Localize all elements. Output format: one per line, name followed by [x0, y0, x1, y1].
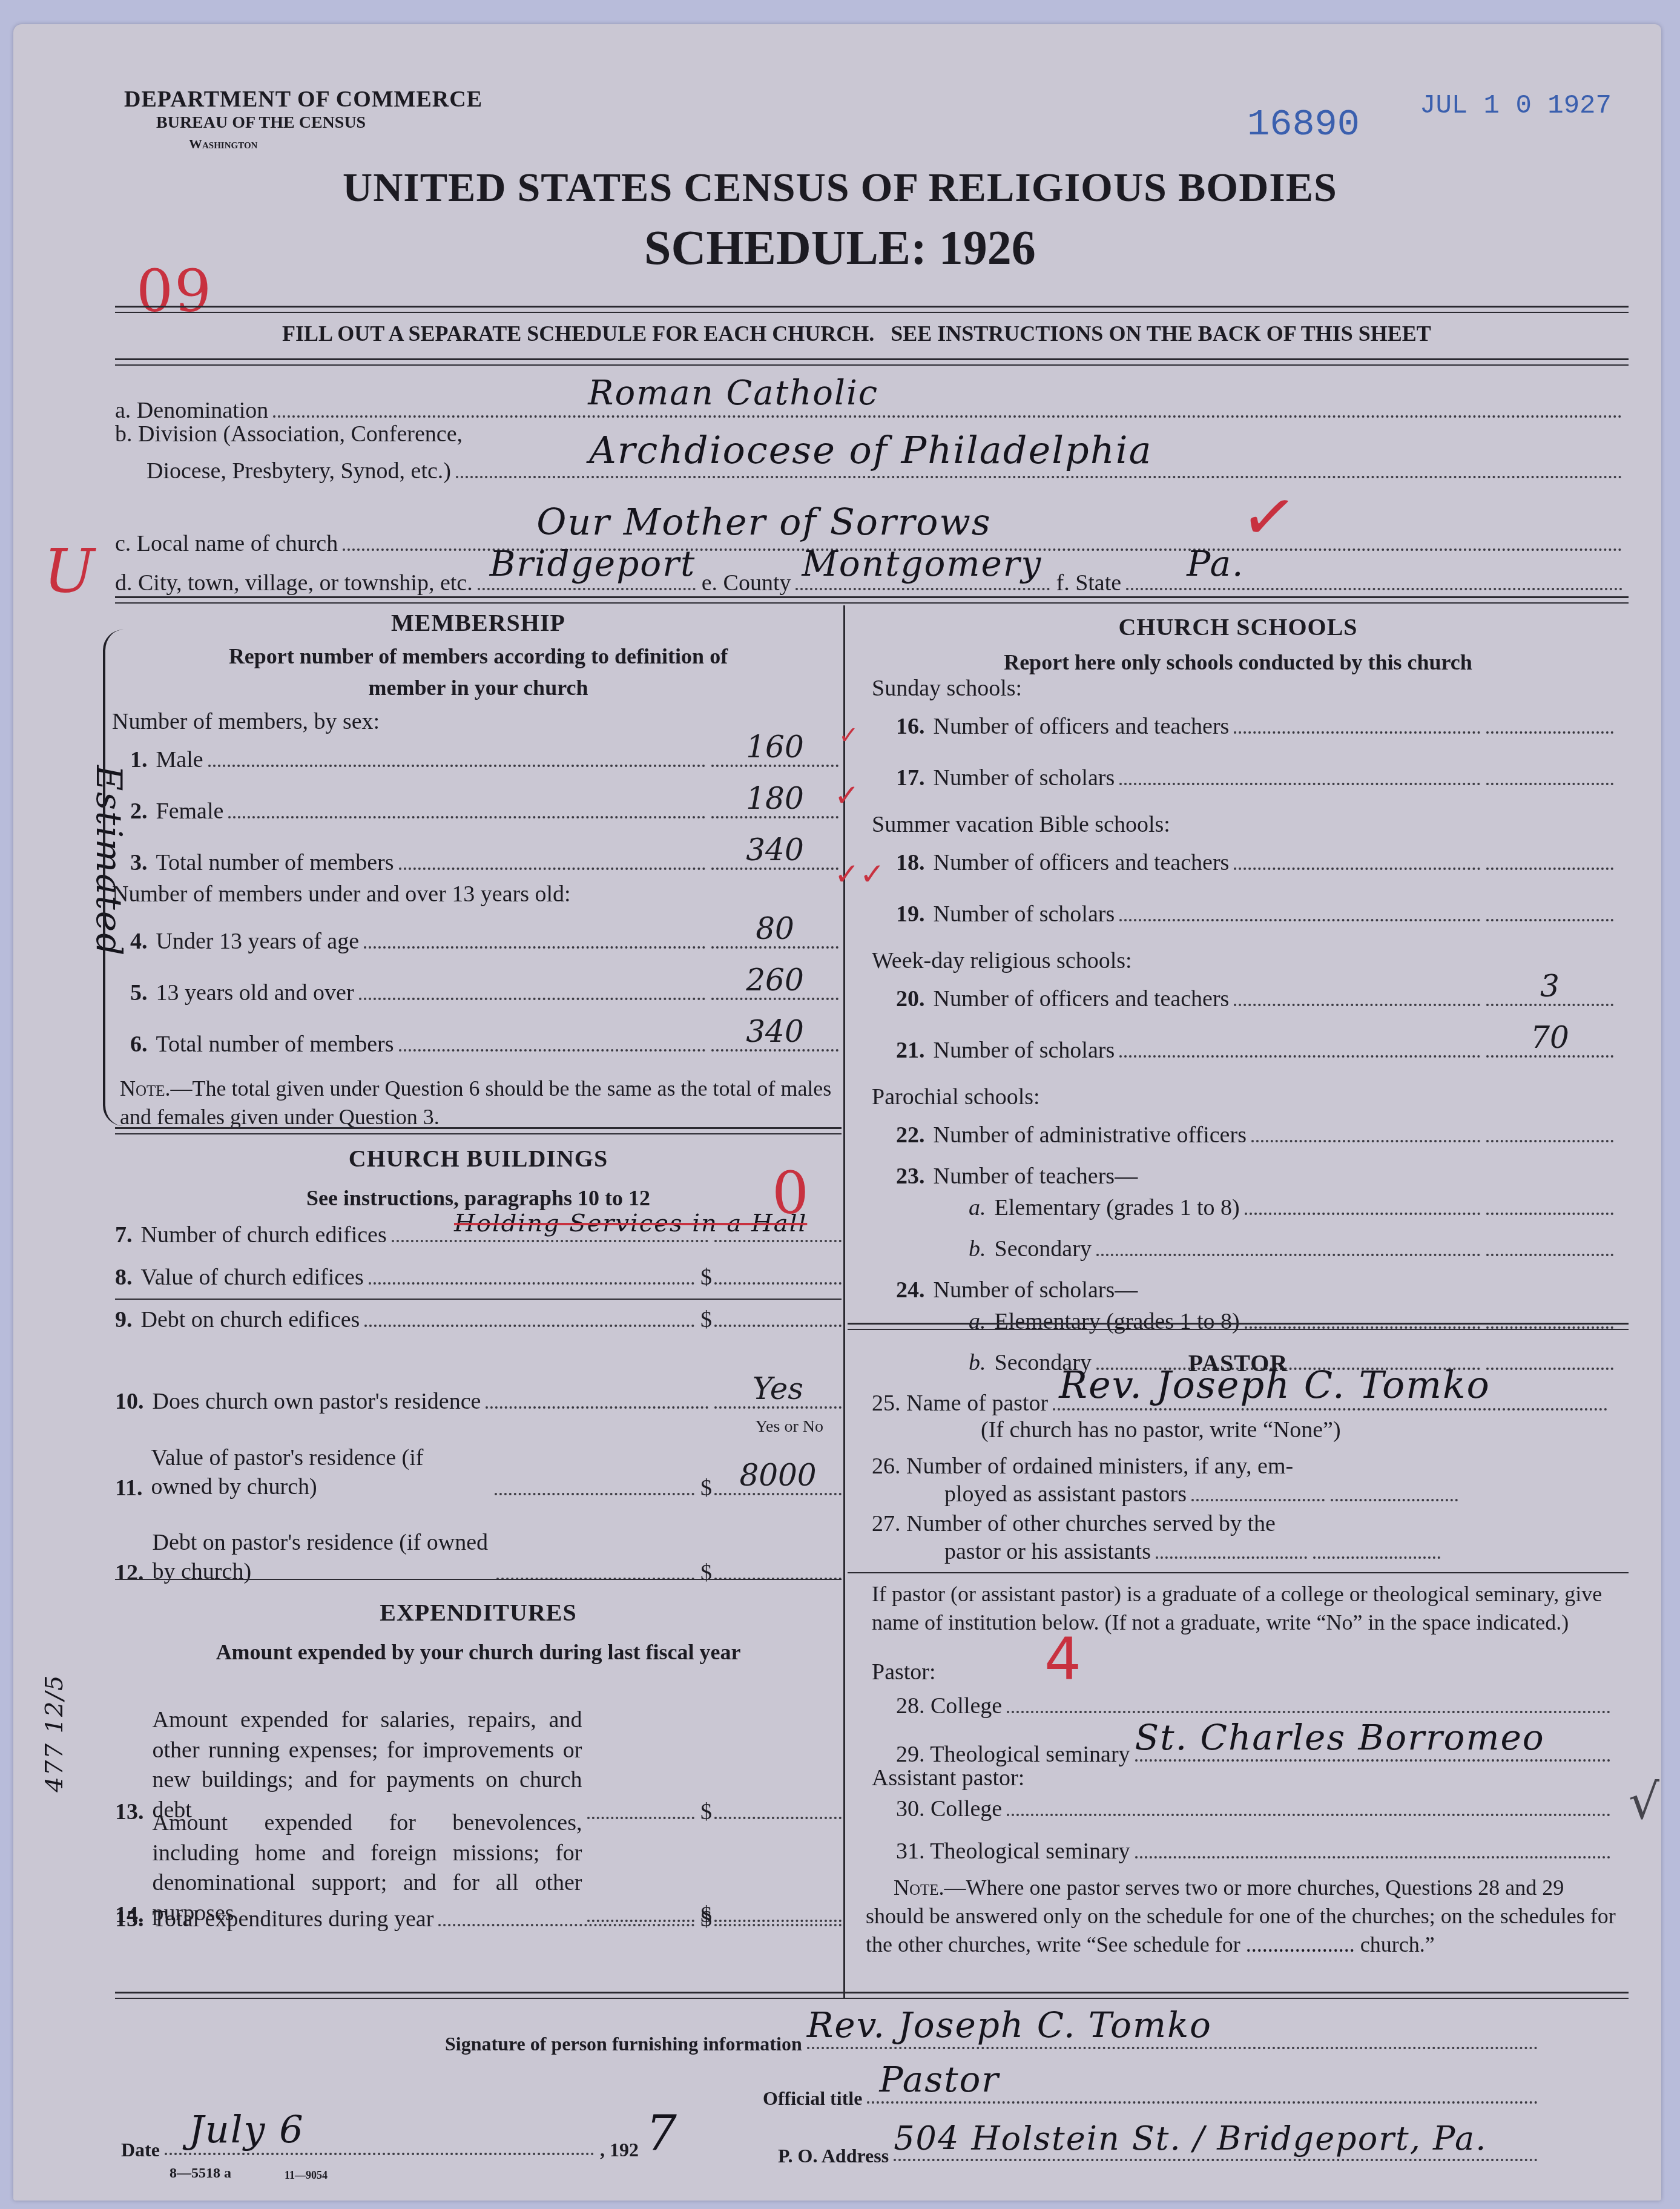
- school-item-18-number: 18.: [896, 849, 925, 876]
- school-item-b-answer[interactable]: [1486, 1223, 1613, 1256]
- city-label: d. City, town, village, or township, etc…: [115, 570, 473, 596]
- county-label: e. County: [702, 570, 791, 596]
- school-item-b[interactable]: b.Secondary: [969, 1231, 1613, 1262]
- membership-note: Note.—The total given under Question 6 s…: [120, 1075, 843, 1131]
- schools-group-heading: Summer vacation Bible schools:: [872, 811, 1170, 838]
- building-q8-currency: $: [700, 1264, 712, 1291]
- q30-field[interactable]: 30. College: [896, 1792, 1616, 1822]
- school-item-21-answer[interactable]: 70: [1486, 1025, 1613, 1058]
- membership-q5-number: 5.: [130, 979, 148, 1006]
- residence-hint: Yes or No: [756, 1417, 823, 1437]
- red-check-mark: ✓: [1236, 475, 1302, 559]
- receipt-stamp-number: 16890: [1247, 103, 1360, 146]
- signature-value: Rev. Joseph C. Tomko: [807, 2004, 1212, 2046]
- building-q10-value: Yes: [753, 1374, 803, 1404]
- building-q12-label: Debt on pastor's residence (if owned by …: [153, 1529, 492, 1586]
- q28-label: 28. College: [896, 1693, 1002, 1719]
- building-q8-number: 8.: [115, 1264, 133, 1291]
- education-intro: If pastor (or assistant pastor) is a gra…: [872, 1580, 1616, 1637]
- bureau-heading: BUREAU OF THE CENSUS: [156, 113, 366, 133]
- school-item-20-number: 20.: [896, 986, 925, 1012]
- school-item-17-number: 17.: [896, 765, 925, 791]
- q30-label: 30. College: [896, 1796, 1002, 1822]
- membership-q2-number: 2.: [130, 798, 148, 825]
- membership-q1-label: Male: [156, 746, 203, 773]
- buildings-title: CHURCH BUILDINGS: [115, 1144, 842, 1173]
- header-rule-bottom-2: [115, 364, 1629, 366]
- building-q10-answer[interactable]: Yes: [714, 1376, 842, 1409]
- school-item-18[interactable]: 18.Number of officers and teachers: [896, 844, 1613, 876]
- school-item-21[interactable]: 21.Number of scholars70: [896, 1032, 1613, 1064]
- membership-q5[interactable]: 5.13 years old and over260: [130, 975, 838, 1006]
- membership-q2[interactable]: 2.Female180: [130, 793, 838, 825]
- membership-q5-label: 13 years old and over: [156, 979, 354, 1006]
- building-q9-currency: $: [700, 1306, 712, 1333]
- q31-label: 31. Theological seminary: [896, 1838, 1130, 1865]
- school-item-24-number: 24.: [896, 1277, 925, 1303]
- school-item-22-label: Number of administrative officers: [934, 1122, 1247, 1148]
- buildings-rule-mid: [115, 1299, 842, 1300]
- header-rule-top: [115, 306, 1629, 308]
- q29-value: St. Charles Borromeo: [1135, 1717, 1545, 1758]
- members-by-age-heading: Number of members under and over 13 year…: [112, 881, 571, 907]
- red-check-members: ✓: [838, 722, 859, 749]
- year-prefix: , 192: [600, 2139, 639, 2161]
- q27-answer[interactable]: [1313, 1526, 1440, 1559]
- denomination-label: a. Denomination: [115, 397, 268, 424]
- building-q11-number: 11.: [115, 1475, 142, 1501]
- building-q10-number: 10.: [115, 1388, 144, 1415]
- expenditures-title: EXPENDITURES: [115, 1598, 842, 1627]
- receipt-stamp-date: JUL 1 0 1927: [1420, 91, 1612, 121]
- department-heading: DEPARTMENT OF COMMERCE: [124, 86, 483, 113]
- membership-note-text: —The total given under Question 6 should…: [120, 1076, 831, 1129]
- building-q10[interactable]: 10.Does church own pastor's residenceYes…: [115, 1383, 842, 1415]
- year-suffix: 7: [646, 2105, 678, 2161]
- red-check-18: ✓: [834, 778, 860, 813]
- address-field[interactable]: P. O. Address 504 Holstein St. / Bridgep…: [778, 2131, 1544, 2167]
- building-q12-number: 12.: [115, 1559, 144, 1586]
- expenditure-q15-label: Total expenditures during year: [153, 1906, 434, 1932]
- building-q11-currency: $: [700, 1475, 712, 1501]
- pastor-name-hint: (If church has no pastor, write “None”): [981, 1417, 1341, 1443]
- q29-field[interactable]: 29. Theological seminary St. Charles Bor…: [896, 1731, 1616, 1768]
- school-item-16-number: 16.: [896, 713, 925, 740]
- q27-field[interactable]: pastor or his assistants: [944, 1535, 1616, 1565]
- schools-rule-end-b: [848, 1329, 1629, 1330]
- q28-field[interactable]: 28. College: [896, 1689, 1616, 1719]
- school-item-19-label: Number of scholars: [934, 901, 1115, 927]
- school-item-17[interactable]: 17.Number of scholars: [896, 760, 1613, 791]
- official-title-label: Official title: [763, 2087, 862, 2110]
- q26-label-1: 26. Number of ordained ministers, if any…: [872, 1453, 1293, 1480]
- footer-rule: [115, 1992, 1629, 1993]
- membership-q6-value: 340: [746, 1016, 803, 1047]
- address-label: P. O. Address: [778, 2145, 889, 2167]
- membership-q4-label: Under 13 years of age: [156, 928, 360, 955]
- instruction-banner: FILL OUT A SEPARATE SCHEDULE FOR EACH CH…: [0, 321, 1680, 346]
- division-field[interactable]: Diocese, Presbytery, Synod, etc.) Archdi…: [115, 436, 1629, 484]
- state-label: f. State: [1056, 570, 1121, 596]
- schools-title: CHURCH SCHOOLS: [848, 613, 1629, 641]
- pastor-name-value: Rev. Joseph C. Tomko: [1059, 1363, 1491, 1407]
- membership-subtitle-1: Report number of members according to de…: [115, 642, 842, 671]
- schools-group-heading: Sunday schools:: [872, 675, 1022, 702]
- q28-red-mark: 4: [1044, 1625, 1081, 1693]
- membership-q3[interactable]: 3.Total number of members340: [130, 844, 838, 876]
- q26-label-2: ployed as assistant pastors: [944, 1481, 1187, 1507]
- assistant-edu-heading: Assistant pastor:: [872, 1765, 1024, 1791]
- form-title: UNITED STATES CENSUS OF RELIGIOUS BODIES: [0, 163, 1680, 211]
- membership-q3-number: 3.: [130, 849, 148, 876]
- school-item-b-number: b.: [969, 1236, 986, 1262]
- school-item-a[interactable]: a.Elementary (grades 1 to 8): [969, 1190, 1613, 1221]
- form-code: 8—5518 a: [170, 2165, 231, 2182]
- q27-label-1: 27. Number of other churches served by t…: [872, 1510, 1276, 1537]
- section-rule-membership: [115, 1127, 842, 1129]
- membership-q6[interactable]: 6.Total number of members340: [130, 1026, 838, 1058]
- signature-field[interactable]: Signature of person furnishing informati…: [445, 2019, 1544, 2055]
- official-title-value: Pastor: [879, 2059, 1000, 2100]
- school-item-21-label: Number of scholars: [934, 1037, 1115, 1064]
- membership-subtitle-2: member in your church: [115, 673, 842, 703]
- date-label: Date: [121, 2139, 160, 2161]
- red-check-21: ✓✓: [834, 857, 885, 892]
- margin-brace: [103, 630, 124, 1126]
- school-item-20-label: Number of officers and teachers: [934, 986, 1230, 1012]
- building-q8[interactable]: 8.Value of church edifices$: [115, 1259, 842, 1291]
- pastor-name-label: 25. Name of pastor: [872, 1390, 1048, 1417]
- pastor-note: Note.—Where one pastor serves two or mor…: [866, 1874, 1616, 1958]
- membership-q6-number: 6.: [130, 1031, 148, 1058]
- building-q11-answer[interactable]: 8000: [714, 1463, 842, 1495]
- right-margin-check: √: [1629, 1774, 1661, 1830]
- form-subtitle: SCHEDULE: 1926: [0, 221, 1680, 276]
- building-q11-label: Value of pastor's residence (if owned by…: [151, 1444, 490, 1501]
- schools-subtitle: Report here only schools conducted by th…: [848, 648, 1629, 677]
- building-q7[interactable]: 7.Number of church edificesHolding Servi…: [115, 1217, 842, 1248]
- pastor-rule: [848, 1572, 1629, 1573]
- city-value: Bridgeport: [490, 543, 696, 584]
- school-item-22-number: 22.: [896, 1122, 925, 1148]
- q26-field[interactable]: ployed as assistant pastors: [944, 1477, 1616, 1507]
- building-q11-value: 8000: [739, 1460, 816, 1490]
- membership-q6-label: Total number of members: [156, 1031, 394, 1058]
- expenditures-subtitle: Amount expended by your church during la…: [115, 1638, 842, 1667]
- membership-q4-answer[interactable]: 80: [711, 916, 838, 949]
- signature-label: Signature of person furnishing informati…: [445, 2033, 802, 2055]
- building-q8-label: Value of church edifices: [141, 1264, 364, 1291]
- membership-q6-answer[interactable]: 340: [711, 1019, 838, 1052]
- membership-q4[interactable]: 4.Under 13 years of age80: [130, 923, 838, 955]
- membership-q2-value: 180: [746, 783, 803, 814]
- building-q9-label: Debt on church edifices: [141, 1306, 360, 1333]
- q26-answer[interactable]: [1331, 1469, 1458, 1501]
- school-item-a-answer[interactable]: [1486, 1182, 1613, 1215]
- members-by-sex-heading: Number of members, by sex:: [112, 708, 380, 735]
- membership-q4-number: 4.: [130, 928, 148, 955]
- membership-q4-value: 80: [756, 914, 794, 944]
- membership-title: MEMBERSHIP: [115, 608, 842, 637]
- section-rule-1: [115, 596, 1629, 598]
- school-item-18-answer[interactable]: [1486, 837, 1613, 870]
- school-item-20-value: 3: [1540, 971, 1560, 1001]
- pastor-name-field[interactable]: 25. Name of pastor Rev. Joseph C. Tomko: [872, 1380, 1613, 1417]
- membership-q2-label: Female: [156, 798, 224, 825]
- denomination-field[interactable]: a. Denomination Roman Catholic: [115, 375, 1629, 424]
- school-item-a-label: Elementary (grades 1 to 8): [995, 1194, 1240, 1221]
- denomination-value: Roman Catholic: [588, 374, 878, 413]
- building-q11[interactable]: 11.Value of pastor's residence (if owned…: [115, 1441, 842, 1501]
- school-item-22-answer[interactable]: [1486, 1110, 1613, 1142]
- school-item-16[interactable]: 16.Number of officers and teachers: [896, 708, 1613, 740]
- school-item-19-number: 19.: [896, 901, 925, 927]
- buildings-subtitle: See instructions, paragraphs 10 to 12: [115, 1184, 842, 1213]
- membership-q1[interactable]: 1.Male160: [130, 742, 838, 773]
- q29-label: 29. Theological seminary: [896, 1741, 1130, 1768]
- buildings-rule-end: [115, 1579, 842, 1580]
- city-heading: Washington: [189, 136, 257, 152]
- school-item-18-label: Number of officers and teachers: [934, 849, 1230, 876]
- expenditure-q15-currency: $: [700, 1906, 712, 1932]
- section-rule-1b: [115, 602, 1629, 604]
- membership-q3-value: 340: [746, 835, 803, 865]
- membership-q5-value: 260: [746, 965, 803, 995]
- county-value: Montgomery: [802, 543, 1042, 584]
- school-item-a[interactable]: a.Elementary (grades 1 to 8): [969, 1303, 1613, 1335]
- q31-field[interactable]: 31. Theological seminary: [896, 1834, 1616, 1865]
- q27-label-2: pastor or his assistants: [944, 1538, 1151, 1565]
- school-item-23-label: Number of teachers—: [934, 1163, 1138, 1190]
- building-q9-number: 9.: [115, 1306, 133, 1333]
- location-field[interactable]: d. City, town, village, or township, etc…: [115, 548, 1629, 596]
- school-item-17-label: Number of scholars: [934, 765, 1115, 791]
- schools-group-heading: Week-day religious schools:: [872, 947, 1132, 974]
- section-rule-membership-b: [115, 1133, 842, 1134]
- school-item-19-answer[interactable]: [1486, 889, 1613, 921]
- expenditure-q15-number: 15.: [115, 1906, 144, 1932]
- pastor-note-text: —Where one pastor serves two or more chu…: [866, 1875, 1616, 1957]
- expenditure-q15[interactable]: 15.Total expenditures during year$: [115, 1901, 842, 1932]
- school-item-19[interactable]: 19.Number of scholars: [896, 896, 1613, 927]
- school-item-16-label: Number of officers and teachers: [934, 713, 1230, 740]
- membership-q3-label: Total number of members: [156, 849, 394, 876]
- school-item-17-answer[interactable]: [1486, 752, 1613, 785]
- margin-figure-note: 477 12/5: [41, 1667, 68, 1800]
- red-code-annotation: 09: [136, 257, 212, 325]
- header-rule-bottom: [115, 358, 1629, 360]
- building-q8-answer[interactable]: [714, 1252, 842, 1285]
- pastor-note-prefix: Note.: [894, 1875, 944, 1900]
- school-item-16-answer[interactable]: [1486, 701, 1613, 734]
- print-code: 11—9054: [285, 2169, 328, 2182]
- pastor-edu-heading: Pastor:: [872, 1659, 936, 1685]
- membership-q5-answer[interactable]: 260: [711, 967, 838, 1000]
- date-field[interactable]: Date July 6 , 192 7: [121, 2125, 678, 2161]
- school-item-a-number: a.: [969, 1194, 986, 1221]
- membership-q1-value: 160: [746, 732, 803, 762]
- building-q7-label: Number of church edifices: [141, 1222, 387, 1248]
- school-item-20[interactable]: 20.Number of officers and teachers3: [896, 981, 1613, 1012]
- building-q12[interactable]: 12.Debt on pastor's residence (if owned …: [115, 1526, 842, 1586]
- school-item-22[interactable]: 22.Number of administrative officers: [896, 1117, 1613, 1148]
- school-item-24-label: Number of scholars—: [934, 1277, 1138, 1303]
- membership-q3-answer[interactable]: 340: [711, 837, 838, 870]
- address-value: 504 Holstein St. / Bridgeport, Pa.: [894, 2119, 1487, 2158]
- schools-group-heading: Parochial schools:: [872, 1084, 1040, 1110]
- expenditure-q15-answer[interactable]: [714, 1894, 842, 1926]
- footer-rule-b: [115, 1998, 1629, 1999]
- school-item-a-number: a.: [969, 1308, 986, 1335]
- school-item-21-value: 70: [1530, 1022, 1569, 1053]
- school-item-20-answer[interactable]: 3: [1486, 973, 1613, 1006]
- column-divider: [843, 605, 845, 1998]
- division-label-2: Diocese, Presbytery, Synod, etc.): [115, 458, 451, 484]
- membership-q1-answer[interactable]: 160: [711, 734, 838, 767]
- school-item-21-number: 21.: [896, 1037, 925, 1064]
- membership-note-prefix: Note.: [120, 1076, 171, 1101]
- schools-rule-end: [848, 1323, 1629, 1325]
- building-q12-answer[interactable]: [714, 1547, 842, 1580]
- header-rule-top-2: [115, 312, 1629, 313]
- local-name-value: Our Mother of Sorrows: [536, 501, 991, 544]
- school-item-a-label: Elementary (grades 1 to 8): [995, 1308, 1240, 1335]
- margin-red-mark: U: [44, 536, 94, 607]
- membership-q1-number: 1.: [130, 746, 148, 773]
- building-q7-number: 7.: [115, 1222, 133, 1248]
- school-item-b-label: Secondary: [995, 1236, 1092, 1262]
- building-q9[interactable]: 9.Debt on church edifices$: [115, 1302, 842, 1333]
- building-q10-label: Does church own pastor's residence: [153, 1388, 481, 1415]
- school-item-23-number: 23.: [896, 1163, 925, 1190]
- membership-q2-answer[interactable]: 180: [711, 786, 838, 818]
- date-value: July 6: [189, 2107, 305, 2151]
- division-value: Archdiocese of Philadelphia: [589, 428, 1152, 472]
- edifices-struck-note: Holding Services in a Hall: [454, 1210, 807, 1237]
- building-q12-currency: $: [700, 1559, 712, 1586]
- official-title-field[interactable]: Official title Pastor: [763, 2073, 1544, 2110]
